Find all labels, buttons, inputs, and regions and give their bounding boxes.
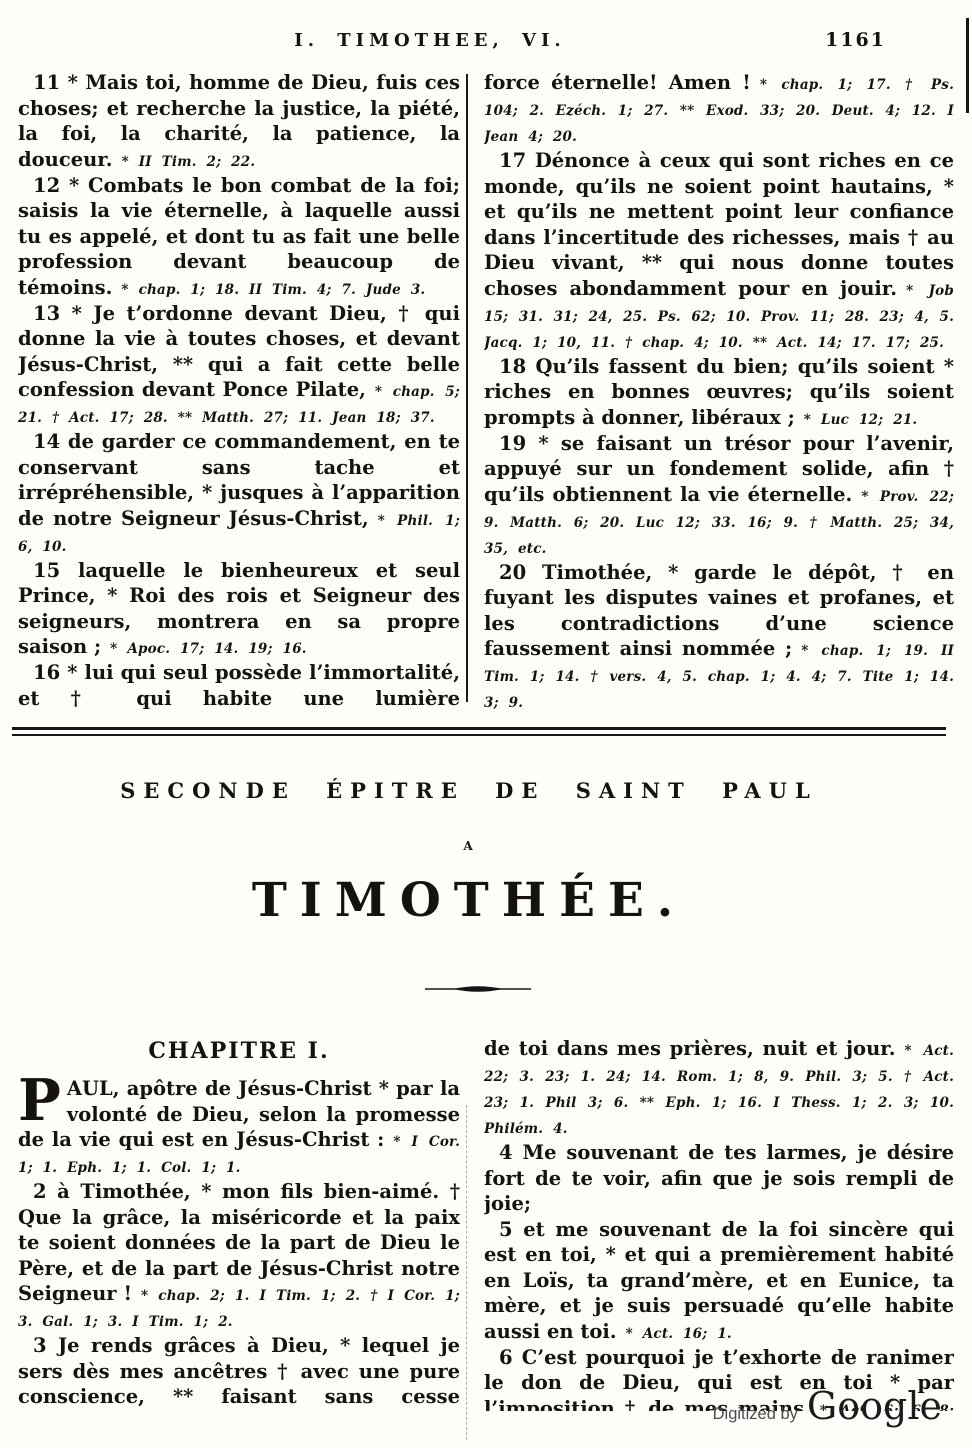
book-header: SECONDE ÉPITRE DE SAINT PAUL A TIMOTHÉE. xyxy=(0,778,955,928)
lozenge-rule-icon xyxy=(423,983,533,995)
verse-15: 15 laquelle le bienheureux et seul Princ… xyxy=(18,558,460,661)
verse-11: 11 * Mais toi, homme de Dieu, fuis ces c… xyxy=(18,70,460,173)
verse-text: 2 à Timothée, * mon fils bien-aimé. † Qu… xyxy=(18,1180,460,1305)
verse-text: 3 Je rends grâces à Dieu, * lequel je se… xyxy=(18,1334,460,1411)
verse-text: de toi dans mes prières, nuit et jour. xyxy=(484,1037,896,1060)
section-double-rule xyxy=(12,727,946,736)
verse-20: 20 Timothée, * garde le dépôt, † en fuya… xyxy=(484,560,954,711)
column-divider-rule xyxy=(466,74,468,702)
verse-refs: * chap. 1; 18. II Tim. 4; 7. Jude 3. xyxy=(121,282,425,298)
verse-text: force éternelle! Amen ! xyxy=(484,71,751,94)
first-timothy-section: 11 * Mais toi, homme de Dieu, fuis ces c… xyxy=(18,70,954,710)
verse-16: 16 * lui qui seul possède l’immortalité,… xyxy=(18,660,460,710)
watermark-prefix: Digitized by xyxy=(713,1405,798,1424)
google-logo: Google xyxy=(807,1384,942,1428)
page-number: 1161 xyxy=(825,29,886,51)
second-timothy-section: CHAPITRE I. PAUL, apôtre de Jésus-Christ… xyxy=(18,1036,954,1411)
verse-19: 19 * se faisant un trésor pour l’avenir,… xyxy=(484,431,954,560)
book-series-title: SECONDE ÉPITRE DE SAINT PAUL xyxy=(0,778,955,803)
verse-3: 3 Je rends grâces à Dieu, * lequel je se… xyxy=(18,1333,460,1411)
verse-2: 2 à Timothée, * mon fils bien-aimé. † Qu… xyxy=(18,1179,460,1333)
verse-refs: * Act. 16; 1. xyxy=(626,1326,732,1342)
verse-refs: * Luc 12; 21. xyxy=(804,412,918,428)
verse-17: 17 Dénonce à ceux qui sont riches en ce … xyxy=(484,148,954,354)
verse-18: 18 Qu’ils fassent du bien; qu’ils soient… xyxy=(484,354,954,431)
left-column: 11 * Mais toi, homme de Dieu, fuis ces c… xyxy=(18,70,460,710)
chapter-heading: CHAPITRE I. xyxy=(18,1038,460,1064)
verse-text: 12 * Combats le bon combat de la foi; sa… xyxy=(18,174,460,299)
verse-text: 16 * lui qui seul possède l’immortalité,… xyxy=(18,661,460,710)
verse-text: 17 Dénonce à ceux qui sont riches en ce … xyxy=(484,149,954,300)
right-column: force éternelle! Amen !* chap. 1; 17. † … xyxy=(484,70,954,710)
verse-text: 5 et me souvenant de la foi sincère qui … xyxy=(484,1218,954,1343)
scanned-book-page: I. TIMOTHEE, VI. 1161 11 * Mais toi, hom… xyxy=(0,0,972,1448)
left-column: CHAPITRE I. PAUL, apôtre de Jésus-Christ… xyxy=(18,1036,460,1411)
scan-edge-mark xyxy=(966,18,969,113)
verse-12: 12 * Combats le bon combat de la foi; sa… xyxy=(18,173,460,301)
book-title: TIMOTHÉE. xyxy=(0,873,955,928)
verse-16-continuation: force éternelle! Amen !* chap. 1; 17. † … xyxy=(484,70,954,148)
verse-14: 14 de garder ce commandement, en te cons… xyxy=(18,429,460,558)
drop-cap: P xyxy=(18,1079,61,1123)
verse-text: 4 Me souvenant de tes larmes, je désire … xyxy=(484,1141,954,1215)
verse-4: 4 Me souvenant de tes larmes, je désire … xyxy=(484,1140,954,1217)
ornament-divider xyxy=(0,980,964,999)
book-preposition: A xyxy=(0,839,955,853)
column-divider-rule-faint xyxy=(466,1105,467,1440)
verse-refs: * Apoc. 17; 14. 19; 16. xyxy=(110,641,307,657)
verse-3-continuation: de toi dans mes prières, nuit et jour.* … xyxy=(484,1036,954,1140)
verse-1: PAUL, apôtre de Jésus-Christ * par la vo… xyxy=(18,1076,460,1179)
digitized-watermark: Digitized by Google xyxy=(713,1384,942,1428)
verse-5: 5 et me souvenant de la foi sincère qui … xyxy=(484,1217,954,1345)
verse-refs: * II Tim. 2; 22. xyxy=(122,154,256,170)
verse-13: 13 * Je t’ordonne devant Dieu, † qui don… xyxy=(18,301,460,430)
right-column: de toi dans mes prières, nuit et jour.* … xyxy=(484,1036,954,1411)
running-title: I. TIMOTHEE, VI. xyxy=(0,30,916,51)
